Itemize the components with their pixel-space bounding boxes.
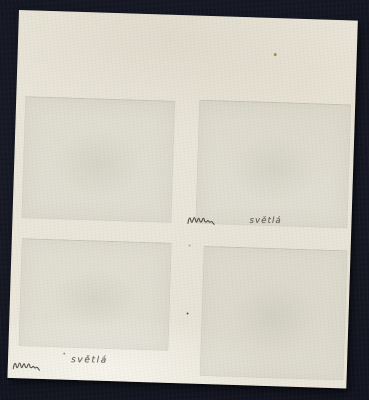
paper-speck bbox=[189, 244, 191, 246]
stamp-impression-top-right bbox=[195, 100, 351, 229]
pencil-note-svetla-bottom: světlá bbox=[71, 355, 108, 366]
paper-speck bbox=[63, 353, 65, 355]
pencil-note-svetla-center: světlá bbox=[249, 216, 281, 226]
expert-signature-icon bbox=[186, 214, 216, 227]
paper-speck bbox=[274, 53, 277, 56]
paper-speck bbox=[187, 312, 189, 314]
stamp-impression-bottom-right bbox=[200, 246, 348, 380]
stamp-impression-bottom-left bbox=[18, 238, 171, 351]
stamp-block: světlá světlá bbox=[7, 10, 357, 388]
stamp-impression-top-left bbox=[21, 96, 175, 223]
expert-signature-icon bbox=[12, 359, 42, 372]
photo-background: světlá světlá bbox=[0, 0, 369, 400]
